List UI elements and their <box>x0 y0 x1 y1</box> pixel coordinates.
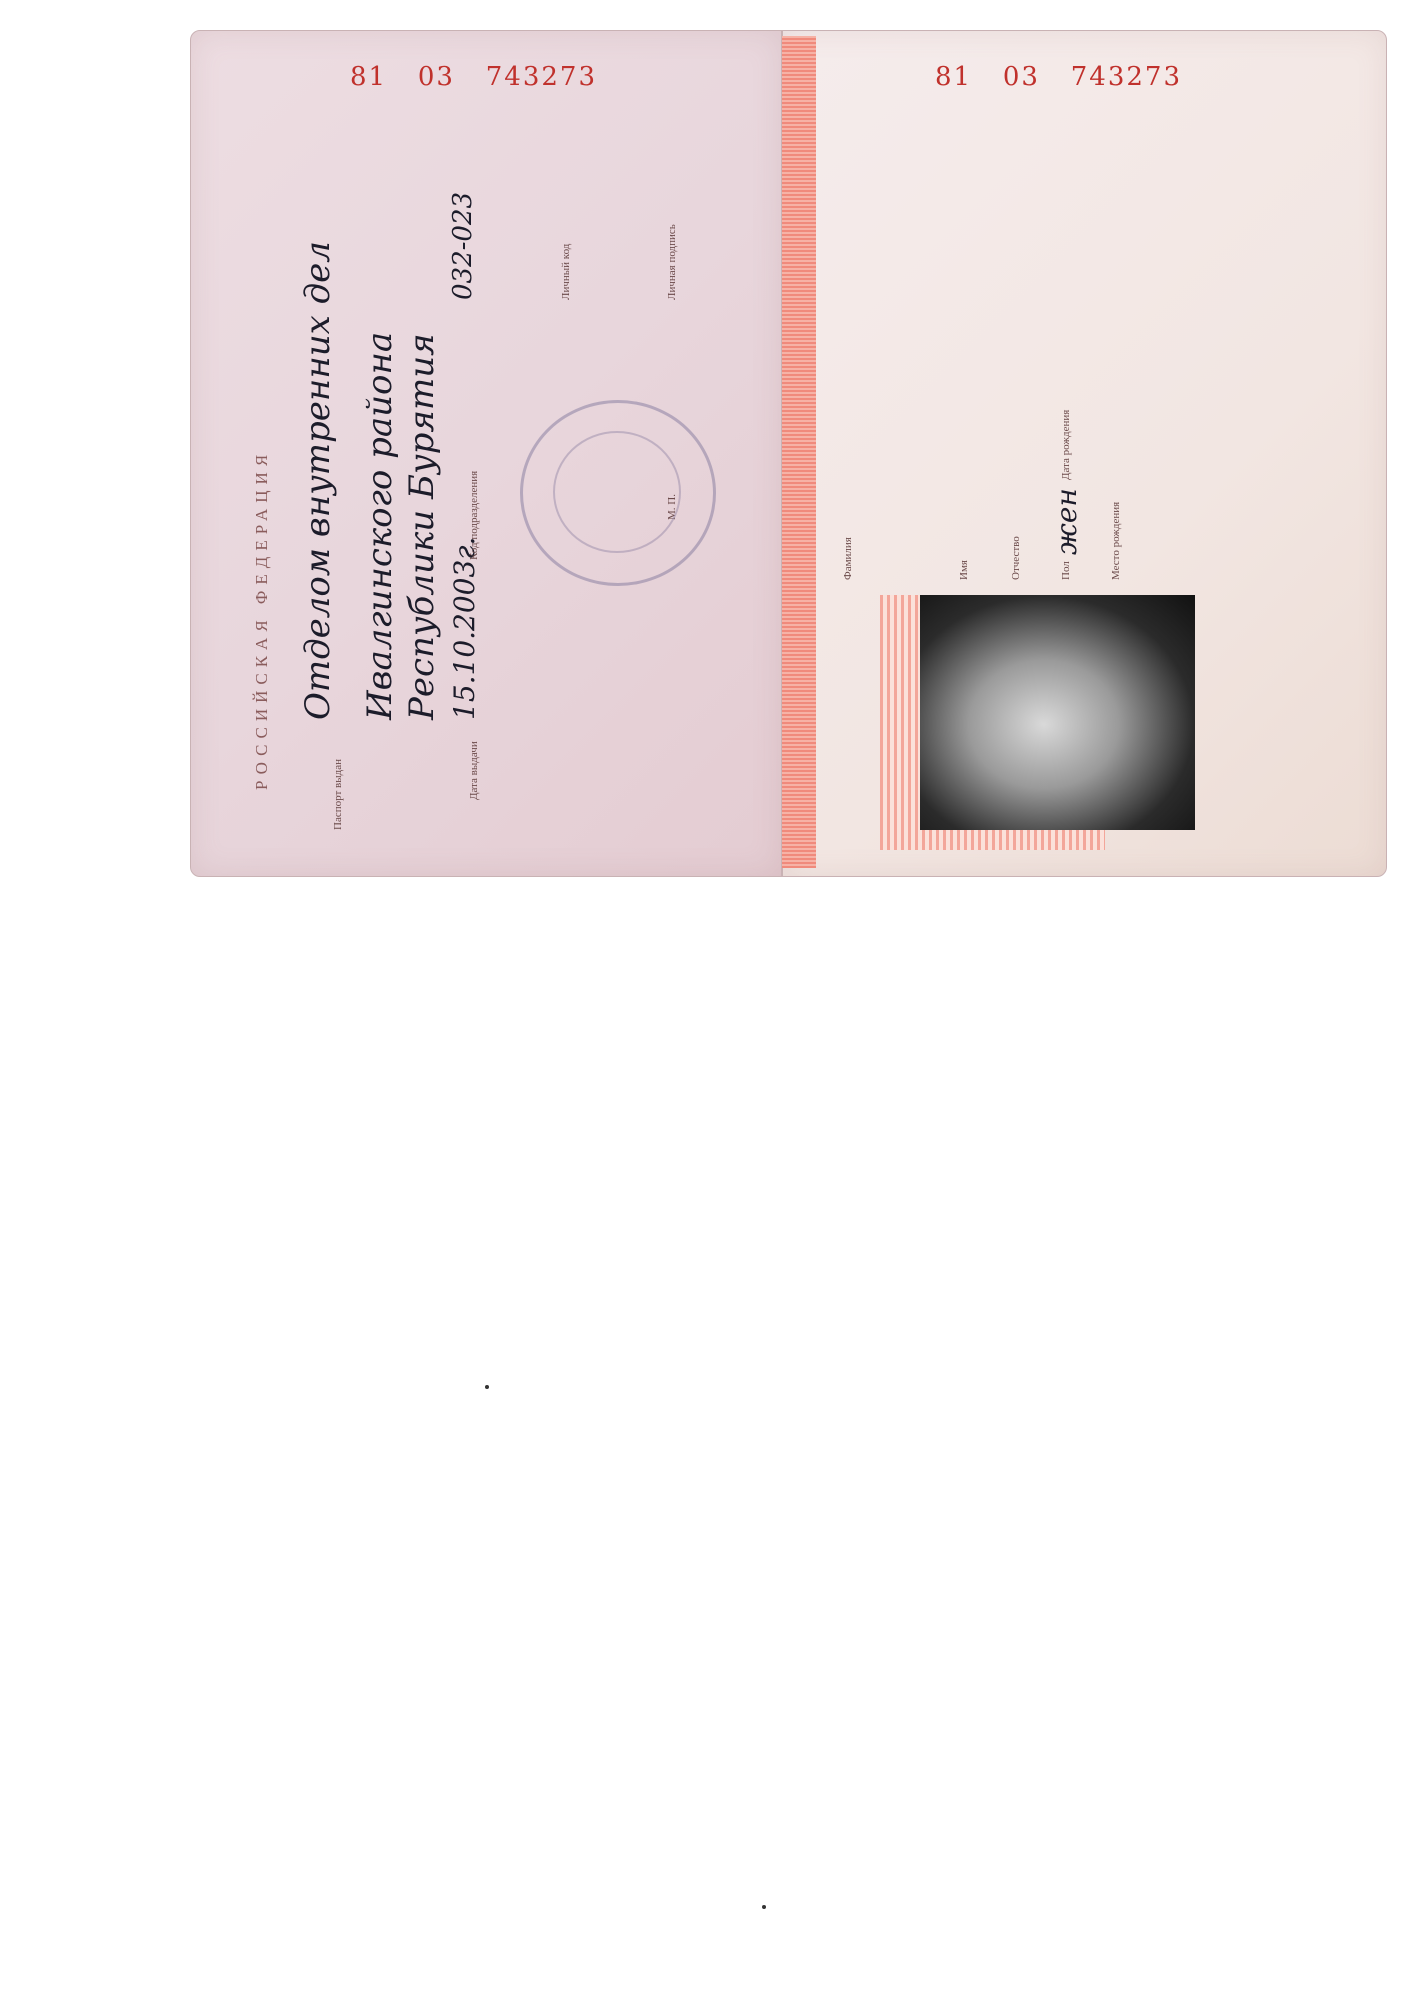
series-number-left: 81 03 743273 <box>350 62 597 92</box>
patronymic-label: Отчество <box>1010 536 1022 580</box>
issue-date-label: Дата выдачи <box>468 741 480 800</box>
security-strip <box>782 36 816 868</box>
personal-signature-label: Личная подпись <box>666 224 678 300</box>
surname-label: Фамилия <box>842 537 854 580</box>
birth-date-label: Дата рождения <box>1060 410 1072 480</box>
scan-speck <box>485 1385 489 1389</box>
issued-by-line3: Республики Бурятия <box>402 333 442 720</box>
personal-code-label: Личный код <box>560 244 572 300</box>
sex-value: жен <box>1050 488 1083 555</box>
name-label: Имя <box>958 560 970 580</box>
scan-speck <box>762 1905 766 1909</box>
sex-label: Пол <box>1060 561 1072 580</box>
issue-date-value: 15.10.2003г. <box>448 537 481 720</box>
birth-place-label: Место рождения <box>1110 502 1122 580</box>
country-header: РОССИЙСКАЯ ФЕДЕРАЦИЯ <box>252 449 272 790</box>
issued-by-line2: Ивалгинского района <box>360 332 400 720</box>
department-code-value: 032-023 <box>448 192 478 300</box>
issued-by-label: Паспорт выдан <box>332 759 344 830</box>
portrait-photo <box>920 595 1195 830</box>
official-seal <box>520 400 716 586</box>
series-number-right: 81 03 743273 <box>935 62 1182 92</box>
department-code-label: Код подразделения <box>468 471 480 560</box>
issued-by-line1: Отделом внутренних дел <box>298 241 338 720</box>
